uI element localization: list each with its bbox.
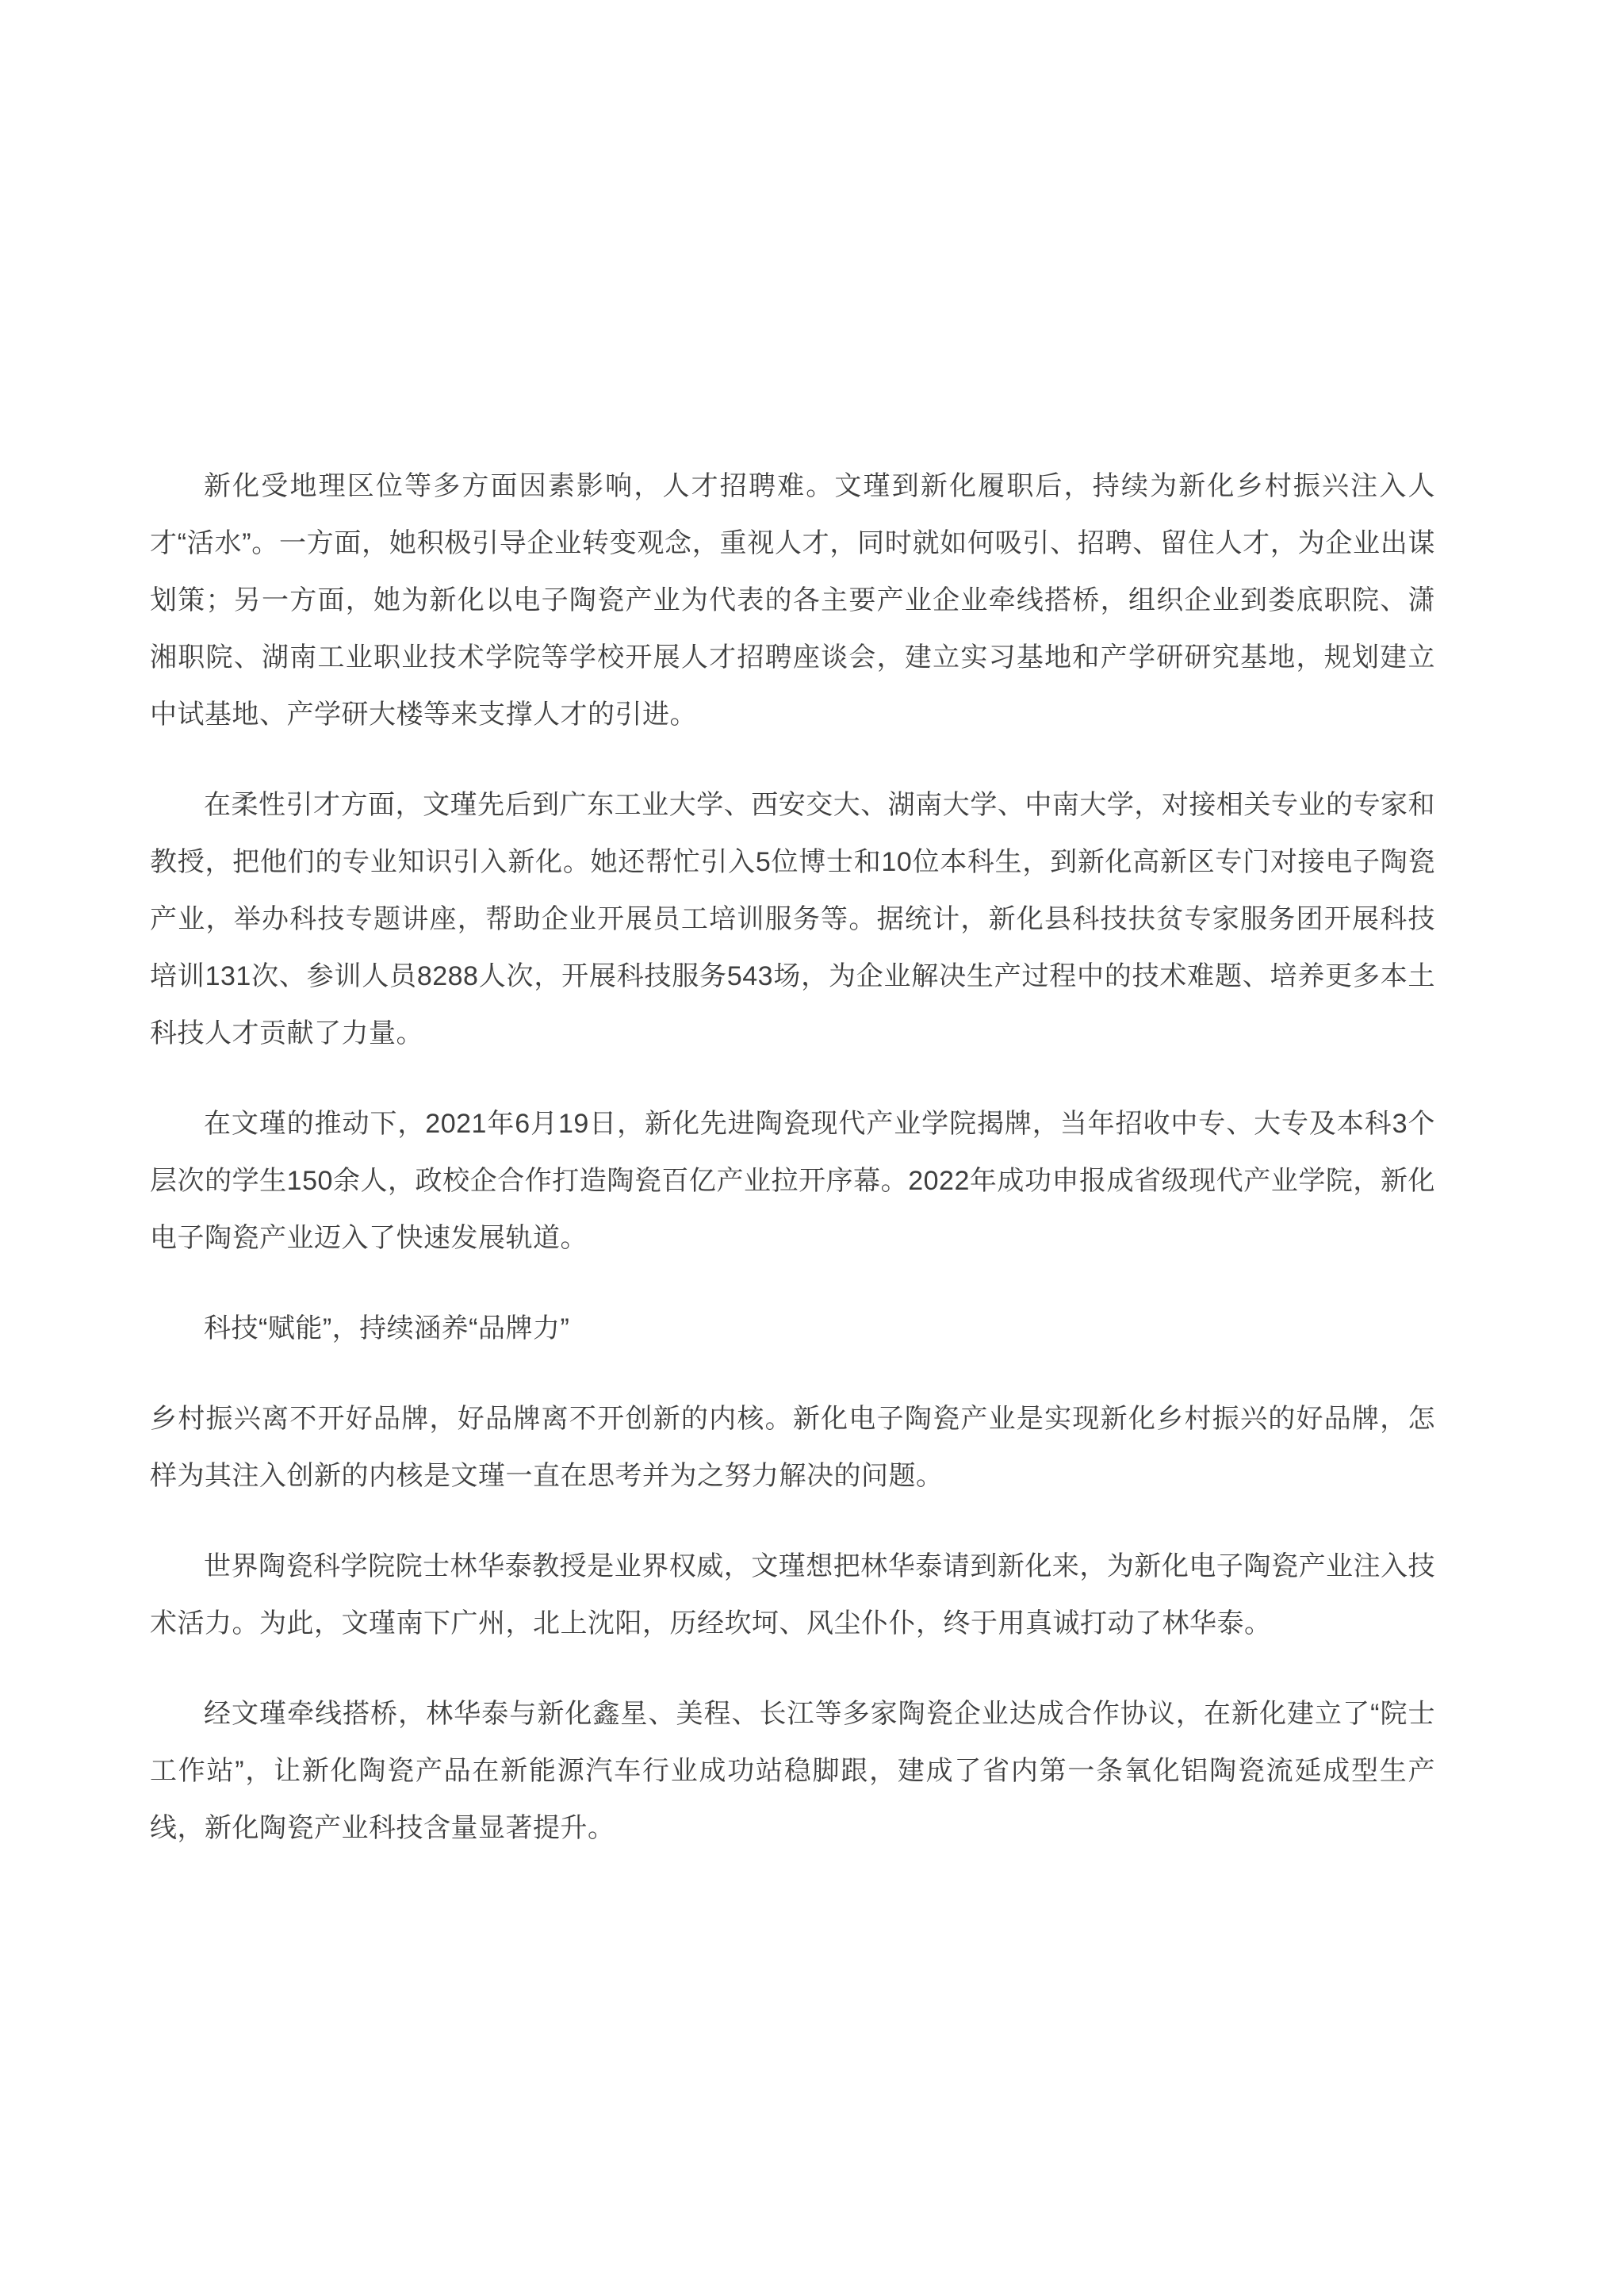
- paragraph: 在柔性引才方面，文瑾先后到广东工业大学、西安交大、湖南大学、中南大学，对接相关专…: [150, 776, 1435, 1062]
- paragraph: 乡村振兴离不开好品牌，好品牌离不开创新的内核。新化电子陶瓷产业是实现新化乡村振兴…: [150, 1390, 1435, 1504]
- article: 新化受地理区位等多方面因素影响，人才招聘难。文瑾到新化履职后，持续为新化乡村振兴…: [150, 458, 1435, 1890]
- paragraph: 在文瑾的推动下，2021年6月19日，新化先进陶瓷现代产业学院揭牌，当年招收中专…: [150, 1095, 1435, 1267]
- paragraph: 新化受地理区位等多方面因素影响，人才招聘难。文瑾到新化履职后，持续为新化乡村振兴…: [150, 458, 1435, 743]
- paragraph: 经文瑾牵线搭桥，林华泰与新化鑫星、美程、长江等多家陶瓷企业达成合作协议，在新化建…: [150, 1685, 1435, 1857]
- paragraph: 世界陶瓷科学院院士林华泰教授是业界权威，文瑾想把林华泰请到新化来，为新化电子陶瓷…: [150, 1538, 1435, 1652]
- section-subheading: 科技“赋能”，持续涵养“品牌力”: [150, 1300, 1435, 1357]
